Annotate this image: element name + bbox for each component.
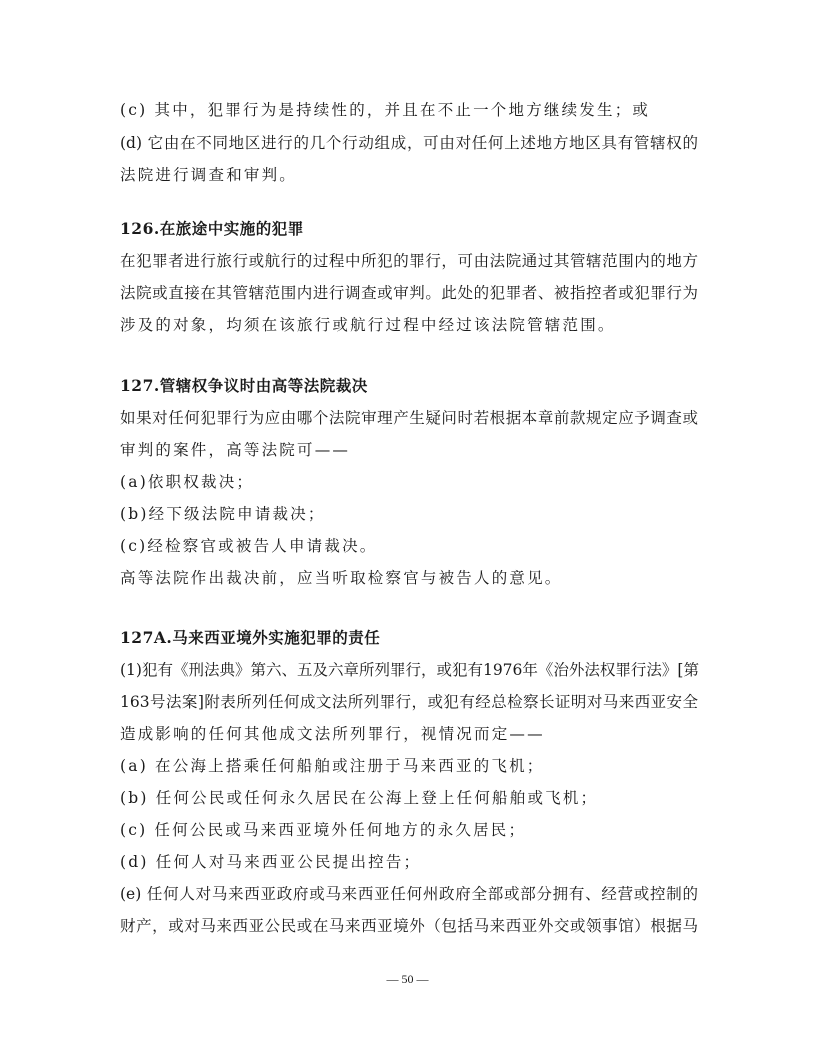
section-heading: 126.在旅途中实施的犯罪 [120, 219, 304, 239]
text-line: 法院进行调查和审判。 [120, 165, 698, 185]
text-line: 如果对任何犯罪行为应由哪个法院审理产生疑问时若根据本章前款规定应予调查或 [120, 408, 698, 428]
text-line: (c) 其中，犯罪行为是持续性的，并且在不止一个地方继续发生；或 [120, 100, 698, 120]
text-line: (d) 它由在不同地区进行的几个行动组成，可由对任何上述地方地区具有管辖权的 [120, 133, 698, 153]
text-line: (a) 在公海上搭乘任何船舶或注册于马来西亚的飞机； [120, 756, 698, 776]
text-line: (1)犯有《刑法典》第六、五及六章所列罪行，或犯有1976年《治外法权罪行法》[… [120, 660, 698, 680]
text-line: 在犯罪者进行旅行或航行的过程中所犯的罪行，可由法院通过其管辖范围内的地方 [120, 251, 698, 271]
section-heading: 127A.马来西亚境外实施犯罪的责任 [120, 628, 380, 648]
document-page: (c) 其中，犯罪行为是持续性的，并且在不止一个地方继续发生；或(d) 它由在不… [0, 0, 815, 1055]
text-line: (e) 任何人对马来西亚政府或马来西亚任何州政府全部或部分拥有、经营或控制的 [120, 884, 698, 904]
text-line: (a)依职权裁决； [120, 472, 698, 492]
section-heading: 127.管辖权争议时由高等法院裁决 [120, 376, 368, 396]
text-line: 造成影响的任何其他成文法所列罪行，视情况而定—— [120, 724, 698, 744]
text-line: (d) 任何人对马来西亚公民提出控告； [120, 852, 698, 872]
text-line: 财产，或对马来西亚公民或在马来西亚境外（包括马来西亚外交或领事馆）根据马 [120, 916, 698, 936]
page-number: — 50 — [0, 972, 815, 987]
text-line: (b) 任何公民或任何永久居民在公海上登上任何船舶或飞机； [120, 788, 698, 808]
text-line: 高等法院作出裁决前，应当听取检察官与被告人的意见。 [120, 568, 698, 588]
text-line: 法院或直接在其管辖范围内进行调查或审判。此处的犯罪者、被指控者或犯罪行为 [120, 283, 698, 303]
text-line: 163号法案]附表所列任何成文法所列罪行，或犯有经总检察长证明对马来西亚安全 [120, 692, 698, 712]
text-line: (c) 任何公民或马来西亚境外任何地方的永久居民； [120, 820, 698, 840]
text-line: (b)经下级法院申请裁决； [120, 504, 698, 524]
text-line: 审判的案件，高等法院可—— [120, 440, 698, 460]
text-line: (c)经检察官或被告人申请裁决。 [120, 536, 698, 556]
text-line: 涉及的对象，均须在该旅行或航行过程中经过该法院管辖范围。 [120, 315, 698, 335]
